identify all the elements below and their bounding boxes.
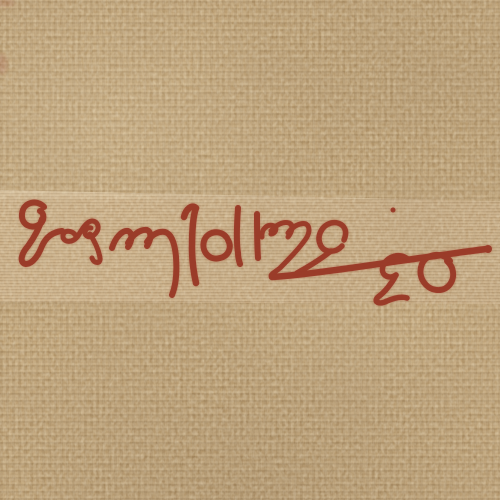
signature-ink — [0, 0, 500, 500]
signature-ink-core — [22, 203, 492, 303]
edge-smudge-top — [0, 0, 15, 7]
edge-smudge-left — [0, 54, 7, 74]
signature-photo — [0, 0, 500, 500]
edge-smudges — [0, 0, 15, 74]
